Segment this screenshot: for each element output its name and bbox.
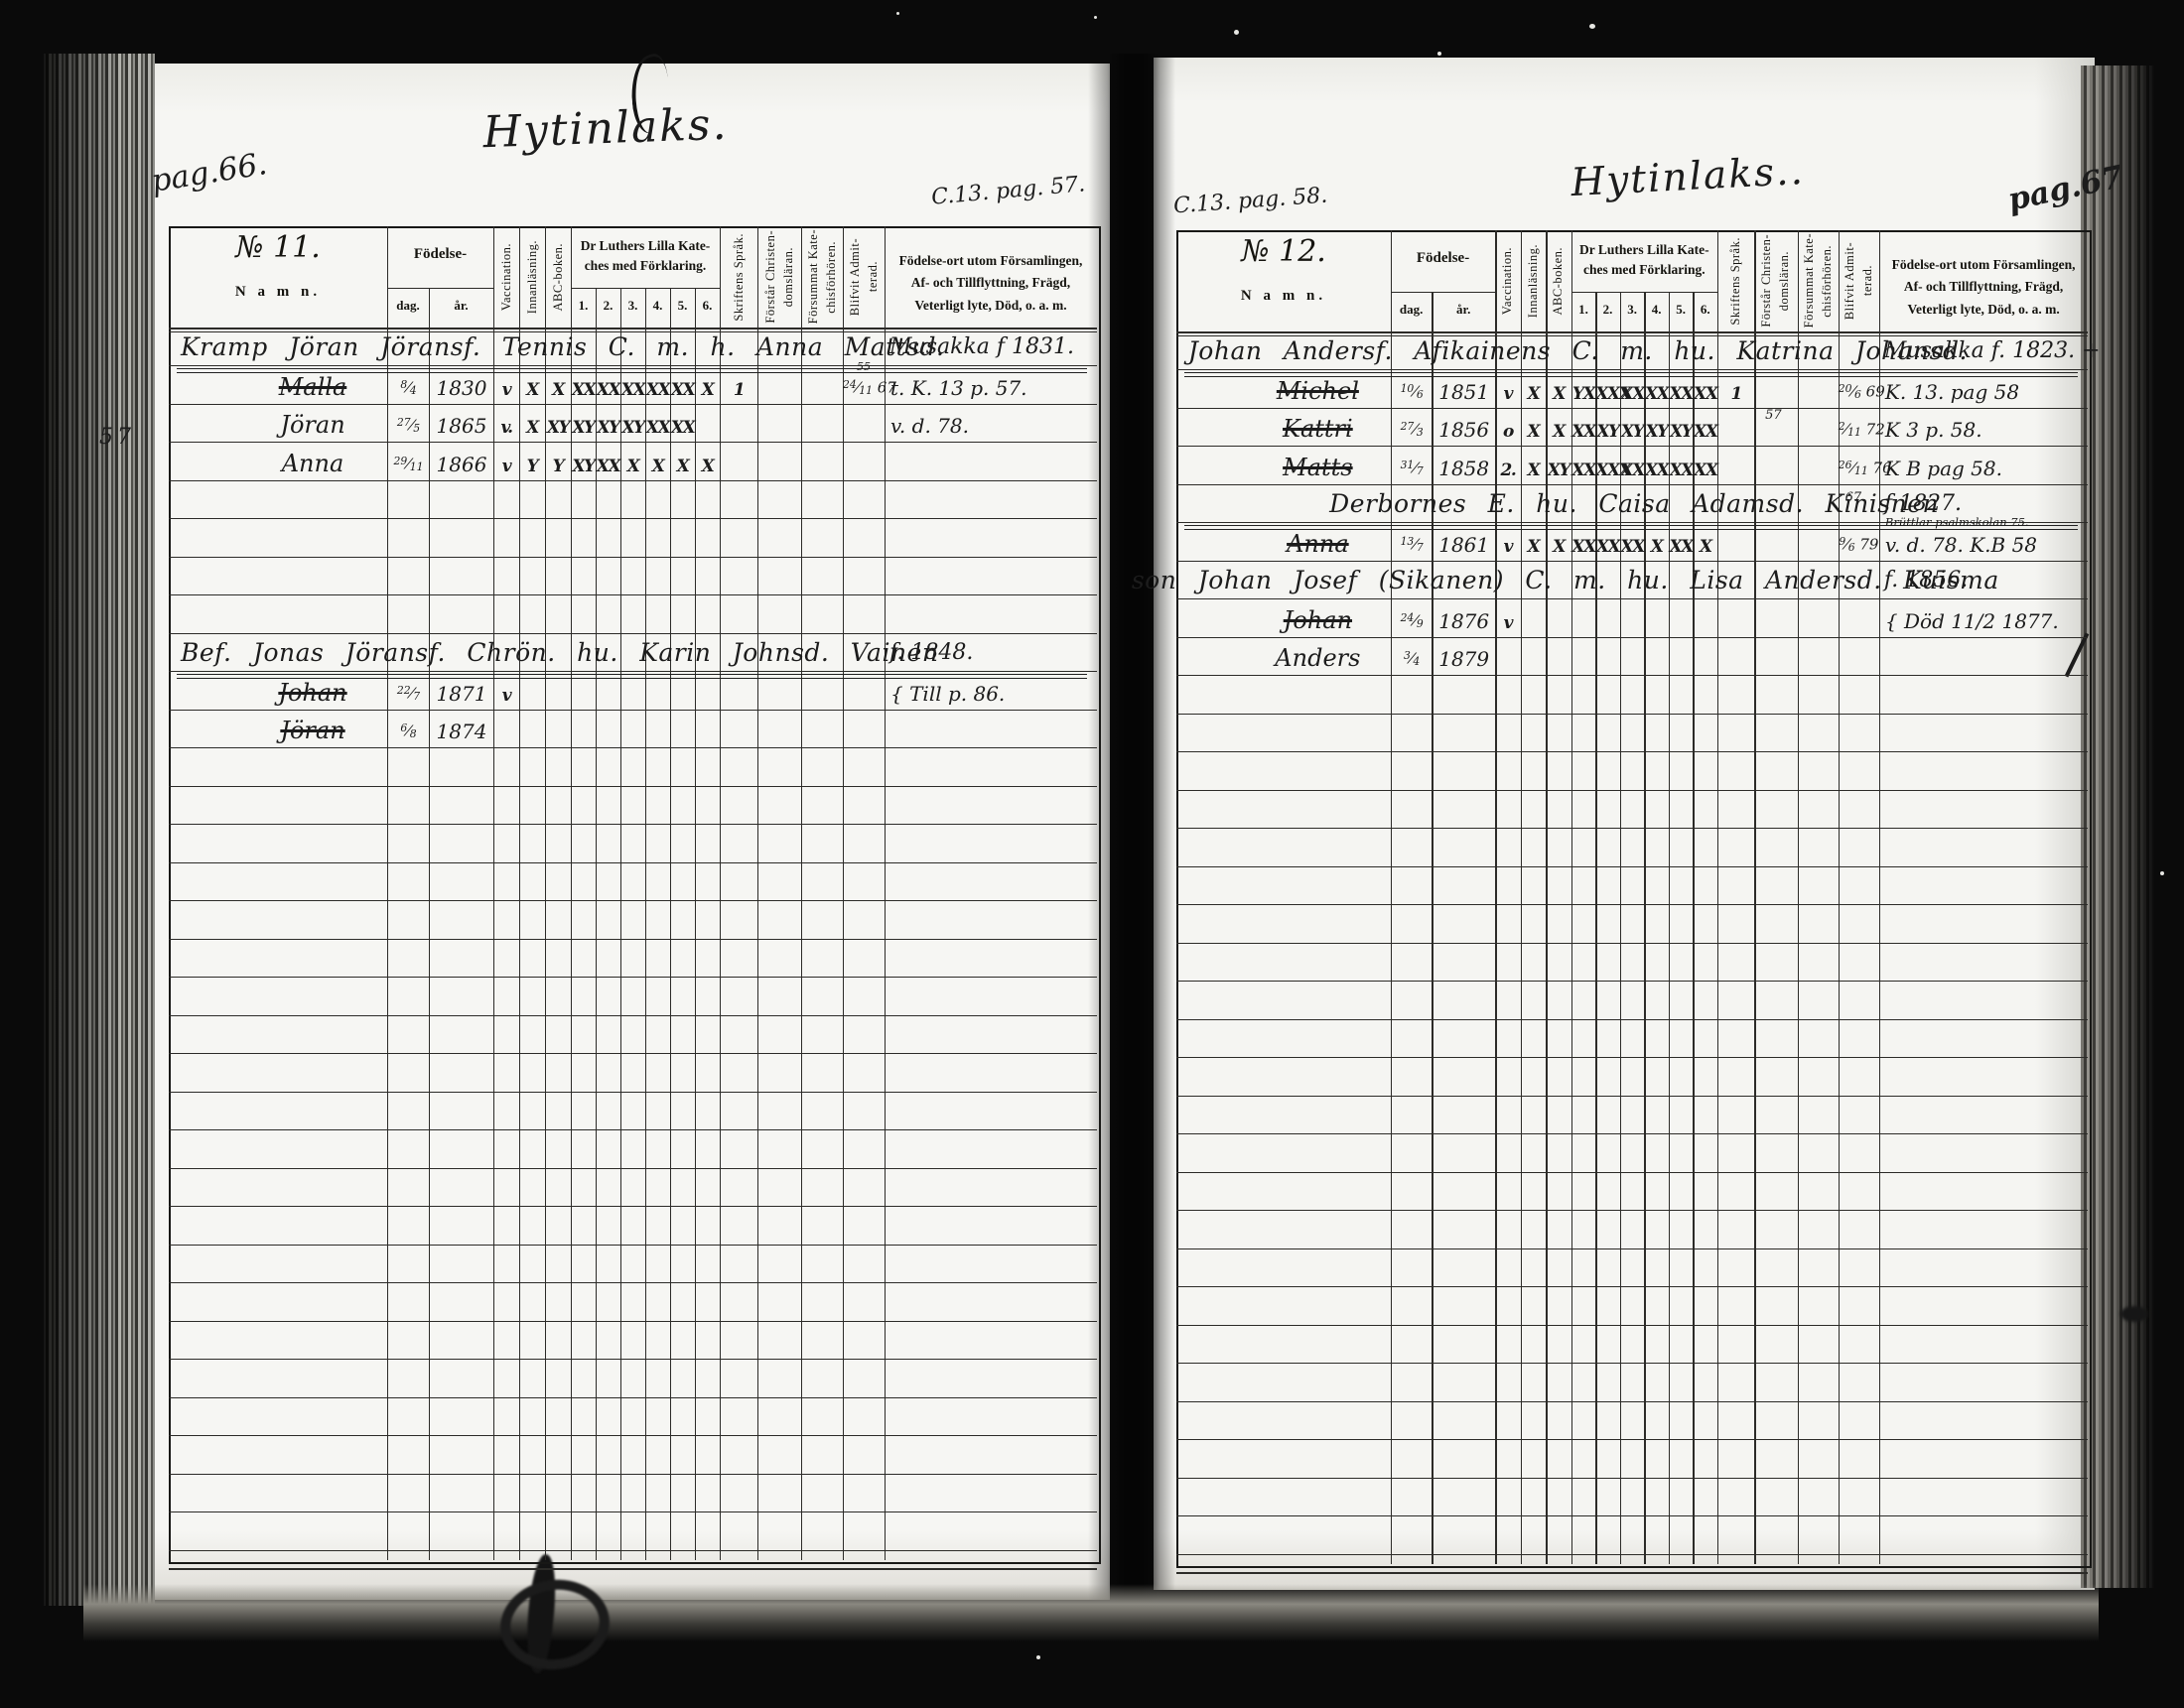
note: K. 13. pag 58 (1885, 380, 2019, 404)
mark-k6: X (695, 457, 720, 476)
household-number: № 12. (1200, 234, 1368, 269)
col-header-kat-num: 1. (1571, 302, 1596, 318)
household-number: № 11. (193, 230, 363, 265)
person-name: Jöran (246, 717, 379, 744)
note: K B pag 58. (1885, 457, 2002, 480)
mark-k4: XY (1644, 422, 1669, 442)
row-line (169, 710, 1097, 711)
mark-k5: XX (1669, 384, 1694, 404)
admitted-date: 2⁄11 72 (1839, 420, 1879, 439)
row-line (169, 1321, 1097, 1322)
birth-day: 22⁄7 (388, 684, 429, 703)
col-header-forsummat: Försummat Kate-chisförhören. (801, 230, 843, 324)
col-header-forstar: Förstår Christen-domsläran. (757, 230, 801, 324)
person-name: Johan (1253, 606, 1384, 634)
mark-k4: XX (1644, 460, 1669, 480)
margin-note: 57 (99, 425, 135, 450)
admitted-date: 24⁄11 67 (843, 378, 885, 397)
mark-k5: XX (1669, 460, 1694, 480)
person-name: Matts (1253, 454, 1384, 481)
book-spine (1088, 54, 1175, 1602)
row-line (169, 1550, 1097, 1551)
col-header-kat-num: 6. (1693, 302, 1717, 318)
col-header-admitterad-text: Blifvit Admit- (1843, 242, 1857, 320)
row-line (169, 1511, 1097, 1512)
mark-innan: X (1521, 422, 1547, 442)
mark-k6: XX (1693, 384, 1717, 404)
col-header-forstar-text: Förstår Christen- (1759, 234, 1774, 328)
mark-abc: X (1546, 422, 1571, 442)
col-header-forsummat-text: Försummat Kate- (806, 229, 821, 324)
row-line (1176, 1019, 2088, 1020)
row-line (169, 671, 1097, 672)
mark-vacc: o (1495, 422, 1521, 442)
mark-k6: X (695, 380, 720, 400)
person-name: Michel (1253, 377, 1384, 405)
mark-k3: XY (620, 418, 645, 438)
col-header-kateches: Dr Luthers Lilla Kate-ches med Förklarin… (1571, 240, 1717, 279)
row-line (1176, 1401, 2088, 1402)
row-line (1176, 598, 2088, 599)
dust-speck (1234, 30, 1239, 35)
col-header-skrift: Skriftens Språk. (1717, 234, 1754, 328)
mark-k3: XX (1620, 537, 1645, 557)
row-line (1176, 1096, 2088, 1097)
page-stack-edge-left (44, 54, 155, 1606)
birth-year: 1856 (1433, 418, 1495, 442)
col-header-kateches: Dr Luthers Lilla Kate-ches med Förklarin… (571, 236, 720, 275)
birth-day: 31⁄7 (1392, 459, 1432, 477)
mark-innan: X (519, 380, 545, 400)
mark-skrift: 1 (1717, 384, 1754, 404)
col-header-forsummat-text: chisförhören. (824, 241, 839, 314)
birth-year: 1861 (1433, 533, 1495, 557)
row-line (169, 939, 1097, 940)
col-header-vaccination: Vaccination. (1495, 234, 1521, 328)
row-line (1176, 866, 2088, 867)
col-header-kat-num: 1. (571, 298, 596, 314)
birth-day: 13⁄7 (1392, 535, 1432, 554)
person-name: Malla (246, 373, 379, 401)
birth-day: 6⁄8 (388, 722, 429, 740)
col-header-forstar-text: domsläran. (1777, 251, 1792, 311)
birth-day: 29⁄11 (388, 455, 429, 473)
row-line (1176, 369, 2088, 370)
col-header-innanlasning: Innanläsning. (519, 230, 545, 324)
book-scan: Hytinlaks. Hytinlaks.. pag.66. pag.67 C.… (0, 0, 2184, 1708)
row-line (1176, 1286, 2088, 1287)
floater-note: 57 (1765, 408, 1782, 423)
person-name: Jöran (246, 411, 379, 439)
row-line (169, 1359, 1097, 1360)
mark-k2: XX (596, 380, 620, 400)
mark-vacc: v (1495, 537, 1521, 557)
birth-year: 1865 (430, 414, 493, 438)
family-entry-tail: Musakka f 1831. (889, 334, 1074, 359)
col-header-forstar-text: Förstår Christen- (763, 230, 778, 324)
col-header-innanlasning: Innanläsning. (1521, 234, 1547, 328)
row-line (169, 1435, 1097, 1436)
mark-abc: Y (545, 457, 571, 476)
row-line (1176, 675, 2088, 676)
row-line (169, 1245, 1097, 1246)
mark-k5: XX (670, 380, 695, 400)
mark-k1: XX (1571, 460, 1596, 480)
col-header-notes-line: Födelse-ort utom Församlingen, (1879, 254, 2088, 276)
col-header-kat-num: 6. (695, 298, 720, 314)
family-entry-main: Johan Andersf. Afikainens C. m. hu. Katr… (1188, 336, 1968, 365)
row-line (169, 518, 1097, 519)
mark-abc: XY (545, 418, 571, 438)
admitted-date: 20⁄6 69 (1839, 382, 1879, 401)
person-name: Anders (1253, 644, 1384, 672)
column-line (670, 288, 671, 1560)
column-line (1644, 292, 1645, 1564)
dust-speck (2160, 871, 2164, 875)
row-line (1176, 408, 2088, 409)
family-entry-tail: f. 1856. (1884, 568, 1968, 592)
mark-k5: XY (1669, 422, 1694, 442)
family-entry-main: son Johan Josef (Sikanen) C. m. hu. Lisa… (1132, 566, 1999, 594)
family-entry-tail: Musakka f. 1823. + (1884, 338, 2101, 363)
row-line (169, 442, 1097, 443)
col-header-abc-boken-text: ABC-boken. (1551, 247, 1566, 316)
col-header-skrift: Skriftens Språk. (720, 230, 757, 324)
column-line (695, 288, 696, 1560)
mark-k1: XY (571, 457, 596, 476)
dust-speck (1437, 52, 1441, 56)
col-header-forsummat: Försummat Kate-chisförhören. (1798, 234, 1839, 328)
birth-day: 8⁄4 (388, 378, 429, 397)
row-line (169, 1168, 1097, 1169)
row-line (1176, 1172, 2088, 1173)
birth-year: 1871 (430, 682, 493, 706)
birth-year: 1858 (1433, 457, 1495, 480)
mark-abc: X (1546, 384, 1571, 404)
column-line (1595, 292, 1596, 1564)
header-bottom-line (1176, 331, 2088, 333)
mark-vacc: v (493, 686, 519, 706)
row-line (1176, 637, 2088, 638)
mark-k4: XX (645, 418, 670, 438)
row-line (1176, 1133, 2088, 1134)
mark-innan: X (1521, 537, 1547, 557)
bookmark-ribbon (490, 1554, 639, 1693)
birth-year: 1874 (430, 720, 493, 743)
col-header-namn: N a m n. (1186, 288, 1381, 305)
row-line (169, 1474, 1097, 1475)
col-header-kat-num: 2. (1595, 302, 1620, 318)
col-header-kat-num: 3. (620, 298, 645, 314)
table-bottom-line (1176, 1572, 2088, 1574)
col-header-kat-num: 3. (1620, 302, 1645, 318)
row-line (1176, 561, 2088, 562)
person-name: Anna (1253, 530, 1384, 558)
row-line (169, 1092, 1097, 1093)
col-header-dag: dag. (1391, 302, 1432, 318)
mark-abc: XY (1546, 460, 1571, 480)
mark-k6: XX (1693, 422, 1717, 442)
mark-k1: XX (1571, 422, 1596, 442)
header-subline (387, 288, 493, 289)
col-header-kateches-line: ches med Förklaring. (571, 256, 720, 276)
header-bottom-line (169, 328, 1097, 329)
mark-k2: XXX (1595, 460, 1620, 480)
col-header-vaccination: Vaccination. (493, 230, 519, 324)
page-bottom-edge (83, 1584, 2099, 1642)
row-line (169, 786, 1097, 787)
mark-k5: X (670, 457, 695, 476)
col-header-innanlasning-text: Innanläsning. (1526, 244, 1541, 318)
mark-k6: X (1693, 537, 1717, 557)
col-header-abc-boken: ABC-boken. (545, 230, 571, 324)
mark-k1: YX (1571, 384, 1596, 404)
floater-note: 67. (1845, 490, 1866, 505)
mark-vacc: v. (493, 418, 519, 438)
row-line (1176, 714, 2088, 715)
col-header-admitterad-text: terad. (866, 261, 881, 292)
row-line (1176, 1363, 2088, 1364)
mark-skrift: 1 (720, 380, 757, 400)
col-header-notes-line: Af- och Tillflyttning, Frägd, (1879, 276, 2088, 298)
birth-day: 10⁄6 (1392, 382, 1432, 401)
col-header-forsummat-text: chisförhören. (1820, 245, 1835, 318)
birth-day: 27⁄5 (388, 416, 429, 435)
row-line (1176, 1515, 2088, 1516)
family-entry-tail: f. 1848. (889, 640, 973, 665)
col-header-notes-line: Veterligt lyte, Död, o. a. m. (885, 295, 1097, 317)
col-header-kat-num: 4. (645, 298, 670, 314)
col-header-notes-line: Födelse-ort utom Församlingen, (885, 250, 1097, 272)
row-line (1176, 751, 2088, 752)
col-header-ar: år. (429, 298, 493, 314)
person-name: Johan (246, 679, 379, 707)
note: t. K. 13 p. 57. (890, 376, 1027, 400)
row-line (169, 1282, 1097, 1283)
column-line (757, 226, 758, 1560)
row-line (1176, 1439, 2088, 1440)
mark-vacc: v (1495, 613, 1521, 633)
mark-vacc: v (1495, 384, 1521, 404)
dust-speck (1589, 24, 1595, 29)
note-small: Brüttlar psalmskolan 75. (1885, 515, 2029, 529)
col-header-admitterad-text: terad. (1860, 265, 1875, 296)
row-line (1176, 1325, 2088, 1326)
mark-k2: XY (1595, 422, 1620, 442)
mark-k3: XX (1620, 460, 1645, 480)
col-header-vaccination-text: Vaccination. (499, 243, 514, 311)
col-header-kat-num: 2. (596, 298, 620, 314)
mark-innan: X (1521, 384, 1547, 404)
column-line (1620, 292, 1621, 1564)
mark-k4: XX (1644, 384, 1669, 404)
row-line (1176, 1210, 2088, 1211)
column-line (720, 226, 721, 1560)
row-line (1176, 904, 2088, 905)
mark-abc: X (545, 380, 571, 400)
mark-k2: XY (596, 418, 620, 438)
col-header-vaccination-text: Vaccination. (1500, 247, 1515, 315)
mark-k1: XX (1571, 537, 1596, 557)
column-line (620, 288, 621, 1560)
column-line (801, 226, 802, 1560)
row-line (169, 747, 1097, 748)
col-header-abc-boken-text: ABC-boken. (551, 243, 566, 312)
row-line (169, 824, 1097, 825)
row-line (169, 1129, 1097, 1130)
col-header-ar: år. (1432, 302, 1495, 318)
note: v. d. 78. K.B 58 (1885, 533, 2037, 557)
ink-smudge (2120, 1306, 2148, 1322)
col-header-notes: Födelse-ort utom Församlingen,Af- och Ti… (1879, 254, 2088, 321)
mark-innan: Y (519, 457, 545, 476)
dust-speck (896, 12, 899, 15)
admitted-date: 9⁄6 79 (1839, 535, 1879, 554)
col-header-admitterad: Blifvit Admit-terad. (843, 230, 885, 324)
column-line (843, 226, 844, 1560)
row-line (169, 862, 1097, 863)
column-line (645, 288, 646, 1560)
mark-k1: XY (571, 418, 596, 438)
col-header-forstar-text: domsläran. (781, 247, 796, 307)
col-header-abc-boken: ABC-boken. (1546, 234, 1571, 328)
col-header-fodelse: Födelse- (387, 246, 493, 263)
row-line (169, 365, 1097, 366)
col-header-forstar: Förstår Christen-domsläran. (1754, 234, 1797, 328)
mark-vacc: 2. (1495, 460, 1521, 480)
birth-year: 1851 (1433, 380, 1495, 404)
mark-k2: XXX (1595, 384, 1620, 404)
mark-abc: X (1546, 537, 1571, 557)
col-header-notes: Födelse-ort utom Församlingen,Af- och Ti… (885, 250, 1097, 317)
table-bottom-line (169, 1568, 1097, 1570)
mark-k4: X (1644, 537, 1669, 557)
family-entry-main: Bef. Jonas Jöransf. Chrön. hu. Karin Joh… (181, 638, 938, 667)
column-line (429, 288, 430, 1560)
row-line (1176, 1554, 2088, 1555)
mark-innan: X (1521, 460, 1547, 480)
admitted-date: 26⁄11 76 (1839, 459, 1879, 477)
column-line (885, 226, 886, 1560)
col-header-kateches-line: ches med Förklaring. (1571, 260, 1717, 280)
row-line (1176, 1057, 2088, 1058)
row-line (169, 1206, 1097, 1207)
row-line (1176, 790, 2088, 791)
person-name: Kattri (1253, 415, 1384, 443)
column-line (1432, 292, 1433, 1564)
col-header-kateches-line: Dr Luthers Lilla Kate- (1571, 240, 1717, 260)
column-line (1798, 230, 1799, 1564)
col-header-fodelse: Födelse- (1391, 250, 1495, 267)
dust-speck (1036, 1655, 1040, 1659)
row-line (169, 404, 1097, 405)
mark-k3: X (620, 457, 645, 476)
mark-innan: X (519, 418, 545, 438)
col-header-kat-num: 5. (670, 298, 695, 314)
dust-speck (1094, 16, 1097, 19)
mark-k4: XX (645, 380, 670, 400)
col-header-admitterad-text: Blifvit Admit- (848, 238, 863, 316)
row-line (169, 977, 1097, 978)
mark-k6: XX (1693, 460, 1717, 480)
person-name: Anna (246, 450, 379, 477)
mark-vacc: v (493, 380, 519, 400)
mark-k3: XX (620, 380, 645, 400)
row-line (1176, 446, 2088, 447)
column-line (1669, 292, 1670, 1564)
row-line (169, 480, 1097, 481)
col-header-skrift-text: Skriftens Språk. (1728, 237, 1743, 326)
row-line (169, 1015, 1097, 1016)
mark-k3: XY (1620, 422, 1645, 442)
mark-k5: XX (1669, 537, 1694, 557)
mark-k2: XX (1595, 537, 1620, 557)
birth-day: 24⁄9 (1392, 611, 1432, 630)
row-line (169, 900, 1097, 901)
column-line (1717, 230, 1718, 1564)
row-line (1176, 1248, 2088, 1249)
col-header-forsummat-text: Försummat Kate- (1802, 233, 1817, 328)
birth-year: 1876 (1433, 609, 1495, 633)
row-line (169, 594, 1097, 595)
row-line (169, 1397, 1097, 1398)
birth-day: 27⁄3 (1392, 420, 1432, 439)
col-header-dag: dag. (387, 298, 429, 314)
row-line (1176, 981, 2088, 982)
col-header-kat-num: 5. (1669, 302, 1694, 318)
column-line (596, 288, 597, 1560)
column-line (1754, 230, 1755, 1564)
mark-k5: XX (670, 418, 695, 438)
mark-vacc: v (493, 457, 519, 476)
col-header-notes-line: Veterligt lyte, Död, o. a. m. (1879, 299, 2088, 321)
row-line (169, 633, 1097, 634)
admitted-note: 55 (843, 360, 885, 373)
row-line (1176, 484, 2088, 485)
col-header-namn: N a m n. (179, 284, 377, 301)
row-line (1176, 1478, 2088, 1479)
column-line (1693, 292, 1694, 1564)
birth-day: 3⁄4 (1392, 649, 1432, 668)
mark-k3: XX (1620, 384, 1645, 404)
birth-year: 1879 (1433, 647, 1495, 671)
row-line (1176, 943, 2088, 944)
col-header-skrift-text: Skriftens Språk. (732, 233, 747, 322)
birth-year: 1866 (430, 453, 493, 476)
row-line (169, 1053, 1097, 1054)
family-entry-tail: f 1827. (1884, 491, 1962, 516)
note: { Död 11/2 1877. (1885, 609, 2059, 633)
mark-k4: X (645, 457, 670, 476)
row-line (1176, 828, 2088, 829)
family-entry-main: Kramp Jöran Jöransf. Tennis C. m. h. Ann… (181, 332, 945, 361)
col-header-innanlasning-text: Innanläsning. (525, 240, 540, 314)
row-line (169, 557, 1097, 558)
mark-k2: XX (596, 457, 620, 476)
col-header-admitterad: Blifvit Admit-terad. (1839, 234, 1879, 328)
col-header-kat-num: 4. (1644, 302, 1669, 318)
birth-year: 1830 (430, 376, 493, 400)
col-header-notes-line: Af- och Tillflyttning, Frägd, (885, 272, 1097, 294)
col-header-kateches-line: Dr Luthers Lilla Kate- (571, 236, 720, 256)
mark-k1: XX (571, 380, 596, 400)
note: v. d. 78. (890, 414, 969, 438)
header-subline (1391, 292, 1495, 293)
note: K 3 p. 58. (1885, 418, 1982, 442)
note: { Till p. 86. (890, 682, 1005, 706)
